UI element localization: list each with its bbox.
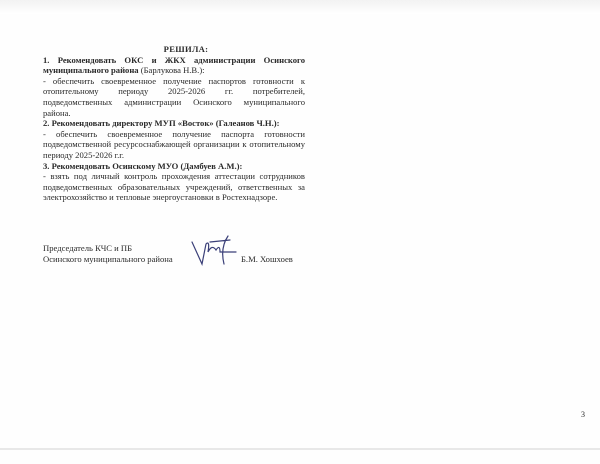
item-2-text: - обеспечить своевременное получение пас… [43,129,305,161]
decision-heading: РЕШИЛА: [67,44,305,55]
item-2-title-bold: 2. Рекомендовать директору МУП «Восток» … [43,118,279,128]
item-2-title: 2. Рекомендовать директору МУП «Восток» … [43,118,305,129]
signatory-position-line1: Председатель КЧС и ПБ [43,243,173,254]
signatory-position-line2: Осинского муниципального района [43,254,173,265]
signatory-name: Б.М. Хошхоев [241,254,293,264]
item-1-title: 1. Рекомендовать ОКС и ЖКХ администрации… [43,55,305,76]
signature-block: Председатель КЧС и ПБ Осинского муниципа… [43,243,173,265]
item-3-title-bold: 3. Рекомендовать Осинскому МУО (Дамбуев … [43,161,242,171]
document-page: РЕШИЛА: 1. Рекомендовать ОКС и ЖКХ админ… [0,0,600,464]
scan-bottom-edge [0,448,600,450]
scan-edge-shadow [0,0,600,14]
item-1-title-rest: (Барлукова Н.В.): [139,65,205,75]
handwritten-signature-icon [190,234,242,268]
item-1-text: - обеспечить своевременное получение пас… [43,76,305,118]
page-number: 3 [581,410,585,419]
item-3-text: - взять под личный контроль прохождения … [43,171,305,203]
item-3-title: 3. Рекомендовать Осинскому МУО (Дамбуев … [43,161,305,172]
document-body: РЕШИЛА: 1. Рекомендовать ОКС и ЖКХ админ… [43,44,305,203]
